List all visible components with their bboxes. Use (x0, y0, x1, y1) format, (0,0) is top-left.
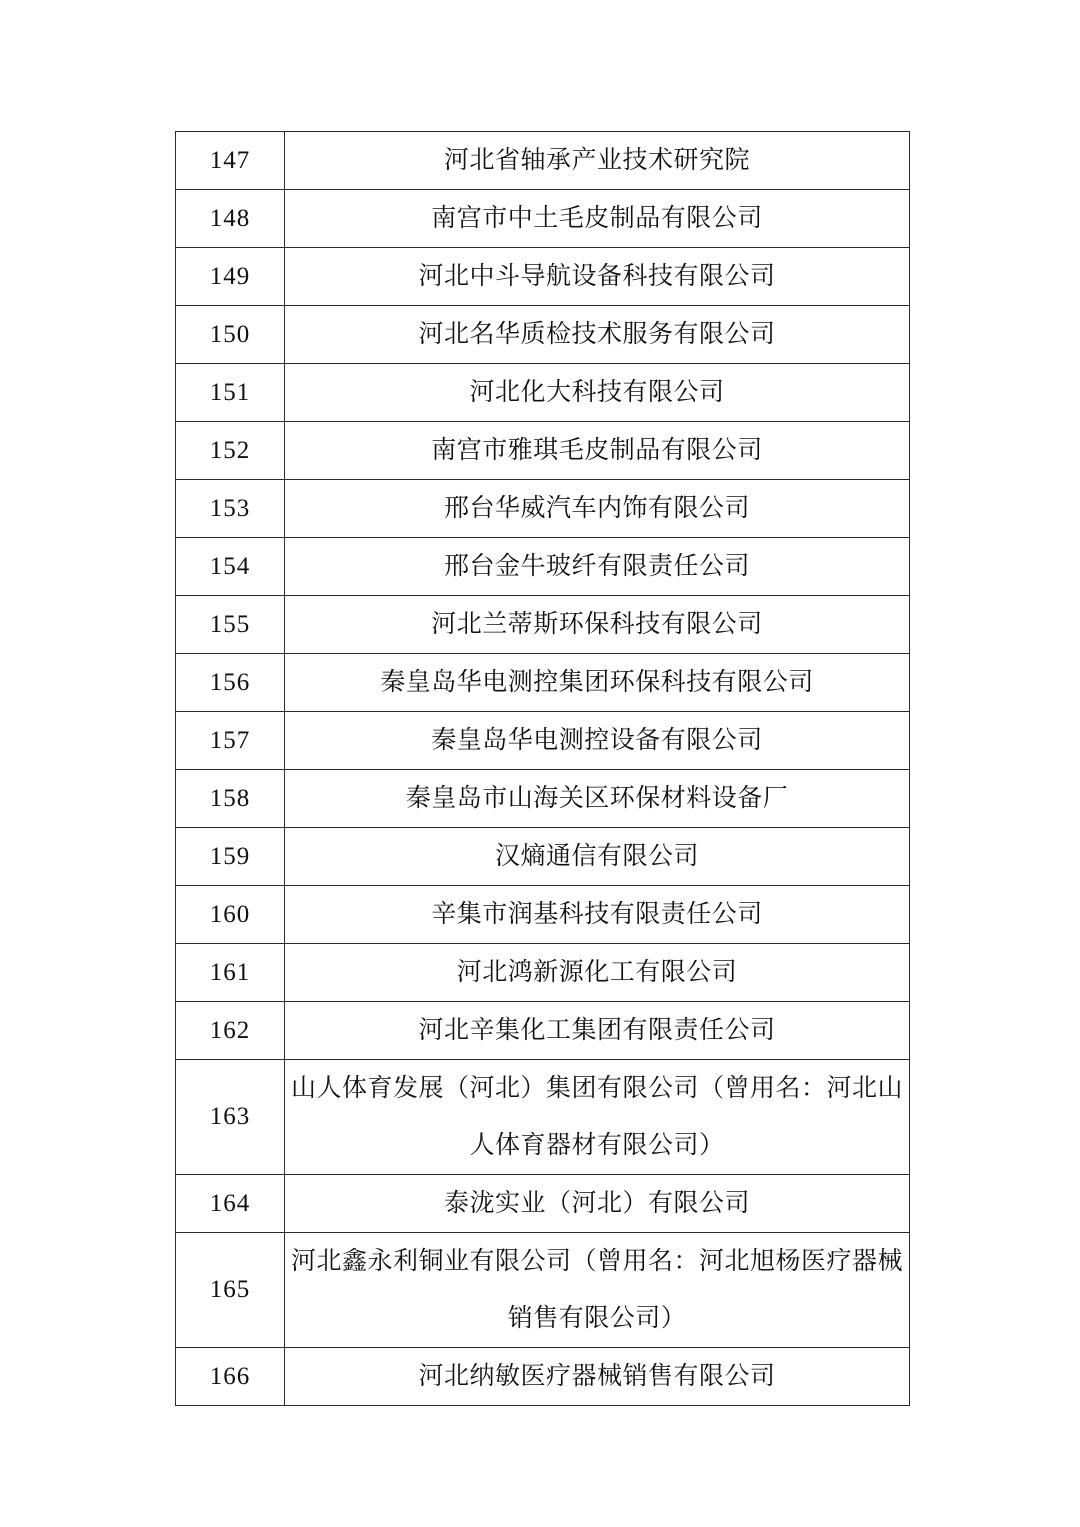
row-number-cell: 154 (176, 538, 285, 596)
company-name-cell: 辛集市润基科技有限责任公司 (285, 886, 910, 944)
table-row: 150河北名华质检技术服务有限公司 (176, 306, 910, 364)
company-name-cell: 河北化大科技有限公司 (285, 364, 910, 422)
company-name-cell: 秦皇岛华电测控设备有限公司 (285, 712, 910, 770)
row-number-cell: 153 (176, 480, 285, 538)
company-name-cell: 河北省轴承产业技术研究院 (285, 132, 910, 190)
row-number-cell: 151 (176, 364, 285, 422)
table-row: 165河北鑫永利铜业有限公司（曾用名：河北旭杨医疗器械 销售有限公司） (176, 1233, 910, 1348)
company-name-cell: 南宫市雅琪毛皮制品有限公司 (285, 422, 910, 480)
document-page: 147河北省轴承产业技术研究院148南宫市中土毛皮制品有限公司149河北中斗导航… (0, 0, 1080, 1527)
table-row: 151河北化大科技有限公司 (176, 364, 910, 422)
company-name-cell: 河北鸿新源化工有限公司 (285, 944, 910, 1002)
company-name-cell: 汉熵通信有限公司 (285, 828, 910, 886)
row-number-cell: 148 (176, 190, 285, 248)
company-name-cell: 秦皇岛市山海关区环保材料设备厂 (285, 770, 910, 828)
table-row: 155河北兰蒂斯环保科技有限公司 (176, 596, 910, 654)
row-number-cell: 159 (176, 828, 285, 886)
row-number-cell: 158 (176, 770, 285, 828)
table-row: 166河北纳敏医疗器械销售有限公司 (176, 1348, 910, 1406)
table-row: 163山人体育发展（河北）集团有限公司（曾用名：河北山 人体育器材有限公司） (176, 1060, 910, 1175)
table-row: 157秦皇岛华电测控设备有限公司 (176, 712, 910, 770)
table-row: 164泰泷实业（河北）有限公司 (176, 1175, 910, 1233)
company-name-cell: 南宫市中土毛皮制品有限公司 (285, 190, 910, 248)
table-row: 156秦皇岛华电测控集团环保科技有限公司 (176, 654, 910, 712)
company-name-cell: 河北纳敏医疗器械销售有限公司 (285, 1348, 910, 1406)
row-number-cell: 149 (176, 248, 285, 306)
table-row: 149河北中斗导航设备科技有限公司 (176, 248, 910, 306)
table-row: 162河北辛集化工集团有限责任公司 (176, 1002, 910, 1060)
table-row: 152南宫市雅琪毛皮制品有限公司 (176, 422, 910, 480)
company-name-cell: 河北鑫永利铜业有限公司（曾用名：河北旭杨医疗器械 销售有限公司） (285, 1233, 910, 1348)
company-name-cell: 河北兰蒂斯环保科技有限公司 (285, 596, 910, 654)
row-number-cell: 147 (176, 132, 285, 190)
table-row: 154邢台金牛玻纤有限责任公司 (176, 538, 910, 596)
company-name-cell: 河北中斗导航设备科技有限公司 (285, 248, 910, 306)
company-name-cell: 邢台华威汽车内饰有限公司 (285, 480, 910, 538)
row-number-cell: 157 (176, 712, 285, 770)
table-row: 153邢台华威汽车内饰有限公司 (176, 480, 910, 538)
row-number-cell: 155 (176, 596, 285, 654)
company-name-cell: 山人体育发展（河北）集团有限公司（曾用名：河北山 人体育器材有限公司） (285, 1060, 910, 1175)
table-row: 148南宫市中土毛皮制品有限公司 (176, 190, 910, 248)
company-name-cell: 邢台金牛玻纤有限责任公司 (285, 538, 910, 596)
company-name-cell: 泰泷实业（河北）有限公司 (285, 1175, 910, 1233)
row-number-cell: 163 (176, 1060, 285, 1175)
company-name-cell: 河北辛集化工集团有限责任公司 (285, 1002, 910, 1060)
row-number-cell: 150 (176, 306, 285, 364)
table-row: 160辛集市润基科技有限责任公司 (176, 886, 910, 944)
table-row: 158秦皇岛市山海关区环保材料设备厂 (176, 770, 910, 828)
company-name-cell: 秦皇岛华电测控集团环保科技有限公司 (285, 654, 910, 712)
row-number-cell: 165 (176, 1233, 285, 1348)
table-row: 147河北省轴承产业技术研究院 (176, 132, 910, 190)
table-row: 161河北鸿新源化工有限公司 (176, 944, 910, 1002)
row-number-cell: 164 (176, 1175, 285, 1233)
company-name-cell: 河北名华质检技术服务有限公司 (285, 306, 910, 364)
row-number-cell: 162 (176, 1002, 285, 1060)
row-number-cell: 156 (176, 654, 285, 712)
company-table-body: 147河北省轴承产业技术研究院148南宫市中土毛皮制品有限公司149河北中斗导航… (176, 132, 910, 1406)
row-number-cell: 152 (176, 422, 285, 480)
table-row: 159汉熵通信有限公司 (176, 828, 910, 886)
company-list-table: 147河北省轴承产业技术研究院148南宫市中土毛皮制品有限公司149河北中斗导航… (175, 131, 910, 1406)
row-number-cell: 166 (176, 1348, 285, 1406)
row-number-cell: 160 (176, 886, 285, 944)
row-number-cell: 161 (176, 944, 285, 1002)
